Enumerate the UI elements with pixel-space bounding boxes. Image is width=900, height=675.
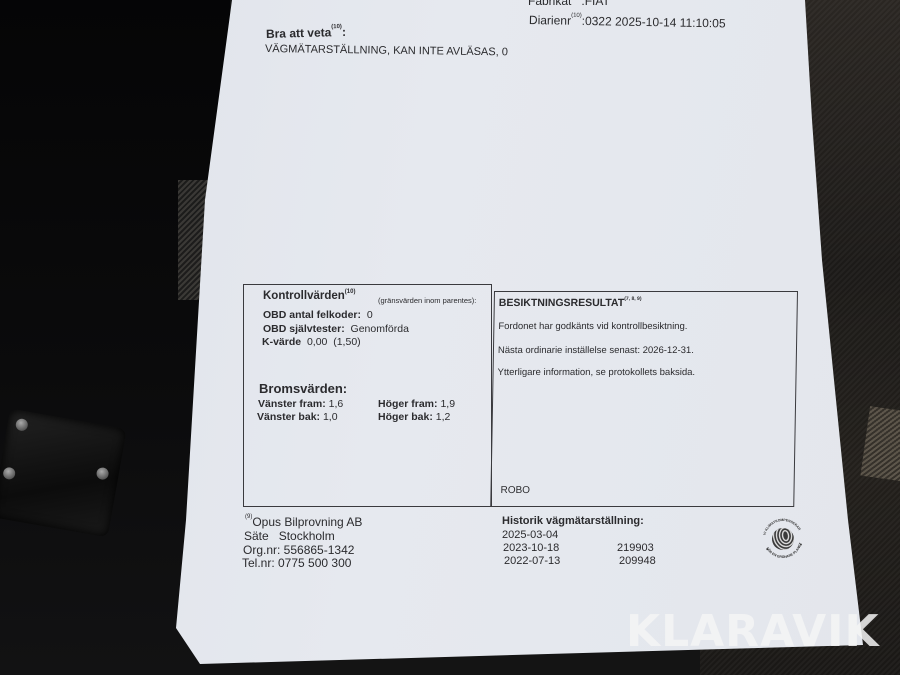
odometer-history-title: Historik vägmätarställning: bbox=[502, 515, 644, 527]
result-next-inspection-line: Nästa ordinarie inställelse senast: 2026… bbox=[498, 345, 694, 356]
company-seat: Säte Stockholm bbox=[244, 529, 335, 543]
company-ref: (9) bbox=[245, 514, 252, 520]
obd-fault-codes: OBD antal felkoder: 0 bbox=[263, 309, 373, 321]
brake-right-rear-value: 1,2 bbox=[436, 411, 451, 423]
odometer-date: 2022-07-13 bbox=[504, 555, 560, 567]
odometer-value: 219903 bbox=[617, 542, 654, 554]
company-tel-nr: Tel.nr: 0775 500 300 bbox=[242, 556, 351, 570]
good-to-know-text: VÄGMÄTARSTÄLLNING, KAN INTE AVLÄSAS, 0 bbox=[265, 43, 508, 58]
obd-fault-codes-value: 0 bbox=[367, 309, 373, 321]
brake-right-front-value: 1,9 bbox=[440, 398, 455, 410]
result-more-info-line: Ytterligare information, se protokollets… bbox=[497, 367, 695, 378]
fabrikat-value: :FIAT bbox=[581, 0, 609, 8]
obd-fault-codes-label: OBD antal felkoder: bbox=[263, 309, 361, 321]
company-name: Opus Bilprovning AB bbox=[252, 515, 362, 529]
odometer-date: 2025-03-04 bbox=[502, 529, 558, 541]
diarienr-value: :0322 2025-10-14 11:10:05 bbox=[582, 14, 726, 31]
brake-right-rear: Höger bak: 1,2 bbox=[378, 411, 450, 423]
brake-right-rear-label: Höger bak: bbox=[378, 411, 433, 423]
brake-values-title: Bromsvärden: bbox=[259, 381, 347, 396]
good-to-know-title: Bra att veta bbox=[266, 25, 332, 41]
limit-values-note: (gränsvärden inom parentes): bbox=[378, 296, 476, 305]
odometer-date: 2023-10-18 bbox=[503, 542, 559, 554]
control-values-title: Kontrollvärden bbox=[263, 290, 345, 302]
obd-self-tests: OBD självtester: Genomförda bbox=[263, 323, 409, 335]
diarienr-ref: (10) bbox=[571, 13, 582, 19]
inspector-signature: ROBO bbox=[500, 485, 530, 496]
obd-self-tests-value: Genomförda bbox=[351, 323, 409, 335]
k-value-label: K-värde bbox=[262, 336, 301, 348]
good-to-know-ref: (10) bbox=[331, 24, 342, 30]
company-name-line: (9)Opus Bilprovning AB bbox=[245, 515, 362, 529]
control-values-box: Kontrollvärden(10) (gränsvärden inom par… bbox=[243, 284, 492, 507]
company-org-nr: Org.nr: 556865-1342 bbox=[243, 543, 354, 557]
k-value: K-värde 0,00 (1,50) bbox=[262, 336, 361, 348]
brake-left-rear-label: Vänster bak: bbox=[257, 411, 320, 423]
diarienr-label: Diarienr bbox=[529, 13, 571, 28]
seatbelt-buckle bbox=[0, 409, 127, 538]
brake-right-front-label: Höger fram: bbox=[378, 398, 438, 410]
control-values-heading: Kontrollvärden(10) bbox=[263, 290, 355, 302]
odometer-history-row: 2025-03-04 bbox=[502, 529, 558, 541]
odometer-history-row: 2023-10-18 bbox=[503, 542, 559, 554]
bolt-icon bbox=[96, 467, 110, 481]
control-values-ref: (10) bbox=[345, 289, 356, 295]
climate-compensation-badge: VI KLIMATKOMPENSERAR FÖR EN GRÖNARE PLAN… bbox=[755, 511, 811, 567]
bolt-icon bbox=[15, 418, 29, 432]
odometer-history-row: 2022-07-13 bbox=[504, 555, 560, 567]
brake-left-rear-value: 1,0 bbox=[323, 411, 338, 423]
brake-left-front: Vänster fram: 1,6 bbox=[258, 398, 343, 410]
klaravik-watermark: KLARAVIK bbox=[626, 606, 880, 657]
inspection-result-ref: (7, 8, 9) bbox=[624, 296, 641, 302]
k-value-value: 0,00 (1,50) bbox=[307, 336, 361, 348]
good-to-know-heading: Bra att veta(10): bbox=[266, 25, 346, 41]
brake-left-front-label: Vänster fram: bbox=[258, 398, 326, 410]
bolt-icon bbox=[2, 466, 16, 480]
obd-self-tests-label: OBD självtester: bbox=[263, 323, 345, 335]
inspection-result-heading: BESIKTNINGSRESULTAT(7, 8, 9) bbox=[499, 297, 642, 309]
brake-right-front: Höger fram: 1,9 bbox=[378, 398, 455, 410]
globe-icon: VI KLIMATKOMPENSERAR FÖR EN GRÖNARE PLAN… bbox=[755, 511, 811, 567]
brake-left-front-value: 1,6 bbox=[329, 398, 344, 410]
brake-left-rear: Vänster bak: 1,0 bbox=[257, 411, 338, 423]
inspection-result-box: BESIKTNINGSRESULTAT(7, 8, 9) Fordonet ha… bbox=[490, 291, 798, 507]
fabrikat-line: Fabrikat :FIAT bbox=[528, 0, 610, 8]
fabrikat-label: Fabrikat bbox=[528, 0, 571, 8]
good-to-know-colon: : bbox=[342, 25, 346, 39]
odometer-value: 209948 bbox=[619, 555, 656, 567]
result-approved-line: Fordonet har godkänts vid kontrollbesikt… bbox=[498, 321, 687, 332]
diarienr-line: Diarienr(10):0322 2025-10-14 11:10:05 bbox=[529, 13, 726, 30]
inspection-result-title: BESIKTNINGSRESULTAT bbox=[499, 297, 625, 309]
